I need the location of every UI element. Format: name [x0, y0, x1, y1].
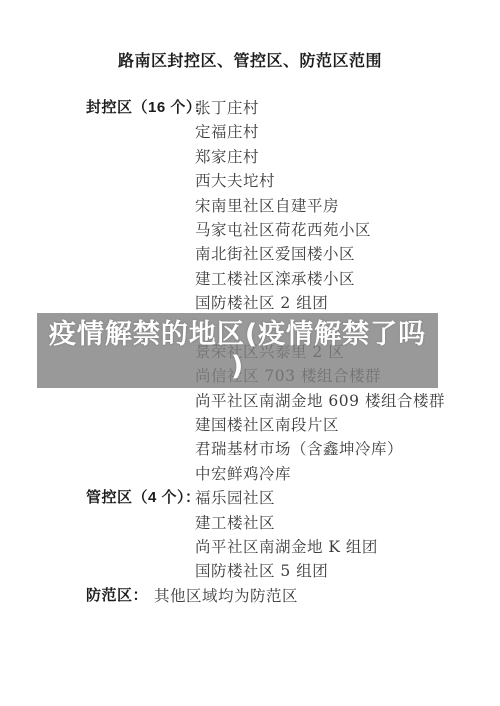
list-item: 尚平社区南湖金地 K 组团 — [195, 538, 378, 556]
section-label-fangfanqu: 防范区： — [86, 584, 148, 608]
list-item: 定福庄村 — [195, 123, 259, 141]
list-row: 中宏鲜鸡冷库 — [86, 462, 476, 486]
list-row: 防范区：其他区域均为防范区 — [86, 584, 476, 608]
list-row: 定福庄村 — [86, 120, 476, 144]
list-item: 马家屯社区荷花西苑小区 — [195, 221, 371, 239]
list-row: 尚平社区南湖金地 K 组团 — [86, 535, 476, 559]
list-item: 郑家庄村 — [195, 148, 259, 166]
watermark-overlay: 疫情解禁的地区(疫情解禁了吗 ) — [37, 313, 438, 388]
list-row: 建工楼社区滦承楼小区 — [86, 267, 476, 291]
list-row: 国防楼社区 5 组团 — [86, 559, 476, 583]
announcement-document: 路南区封控区、管控区、防范区范围 封控区（16 个）：张丁庄村 定福庄村 郑家庄… — [0, 0, 500, 706]
list-item: 建国楼社区南段片区 — [195, 416, 339, 434]
list-row: 郑家庄村 — [86, 145, 476, 169]
page-title: 路南区封控区、管控区、防范区范围 — [0, 48, 500, 71]
section-label-guankongqu: 管控区（4 个）： — [86, 486, 195, 510]
section-label-fengkongqu: 封控区（16 个）： — [86, 96, 195, 120]
list-item: 中宏鲜鸡冷库 — [195, 465, 291, 483]
list-item: 国防楼社区 5 组团 — [195, 562, 328, 580]
list-row: 南北街社区爱国楼小区 — [86, 242, 476, 266]
list-item: 张丁庄村 — [195, 99, 259, 117]
list-row: 管控区（4 个）：福乐园社区 — [86, 486, 476, 510]
list-row: 马家屯社区荷花西苑小区 — [86, 218, 476, 242]
list-item: 其他区域均为防范区 — [154, 587, 298, 605]
list-row: 封控区（16 个）：张丁庄村 — [86, 96, 476, 120]
list-row: 君瑞基材市场（含鑫坤冷库） — [86, 437, 476, 461]
list-row: 尚平社区南湖金地 609 楼组合楼群 — [86, 389, 476, 413]
list-item: 南北街社区爱国楼小区 — [195, 245, 355, 263]
list-row: 建国楼社区南段片区 — [86, 413, 476, 437]
list-item: 国防楼社区 2 组团 — [195, 294, 328, 312]
list-item: 尚平社区南湖金地 609 楼组合楼群 — [195, 392, 445, 410]
watermark-text-line1: 疫情解禁的地区(疫情解禁了吗 — [49, 319, 426, 351]
list-item: 建工楼社区滦承楼小区 — [195, 270, 355, 288]
list-item: 福乐园社区 — [195, 489, 275, 507]
list-item: 建工楼社区 — [195, 514, 275, 532]
list-item: 西大夫坨村 — [195, 172, 275, 190]
list-row: 国防楼社区 2 组团 — [86, 291, 476, 315]
list-item: 君瑞基材市场（含鑫坤冷库） — [195, 440, 403, 458]
list-item: 宋南里社区自建平房 — [195, 197, 339, 215]
list-row: 建工楼社区 — [86, 511, 476, 535]
list-row: 西大夫坨村 — [86, 169, 476, 193]
list-row: 宋南里社区自建平房 — [86, 194, 476, 218]
watermark-text-line2: ) — [231, 351, 244, 383]
